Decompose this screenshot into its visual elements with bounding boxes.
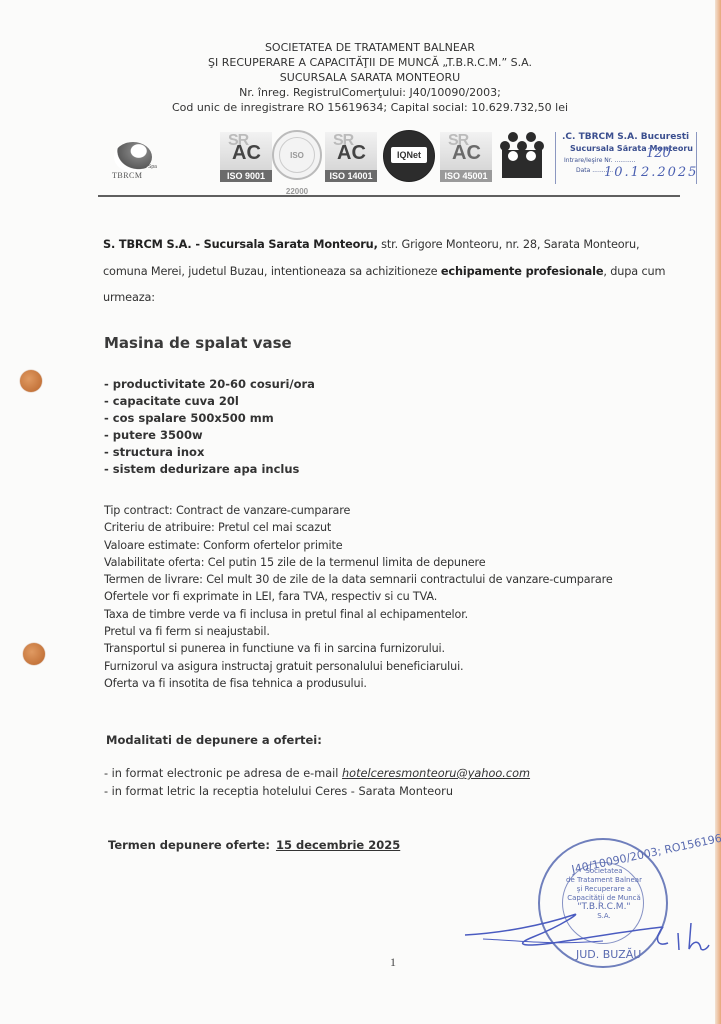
letterhead: SOCIETATEA DE TRATAMENT BALNEAR ŞI RECUP… [160,40,580,115]
srac-iso9001-logo: SR AC ISO 9001 [220,132,272,182]
submission-text: - in format electronic pe adresa de e-ma… [104,767,342,780]
seal-ring-text: JUD. BUZĂU [576,948,641,961]
punch-hole [23,643,45,665]
term-line: Valoare estimate: Conform ofertelor prim… [104,537,613,554]
stamp-line: Intrare/Ieşire Nr. ........... [556,157,696,164]
logo-label: ISO 9001 [220,170,272,182]
submission-title: Modalitati de depunere a ofertei: [106,733,322,747]
company-logo: Spa TBRCM [110,140,160,184]
product-specs: - productivitate 20-60 cosuri/ora - capa… [104,376,315,478]
submission-paper: - in format letric la receptia hotelului… [104,783,530,801]
srac-iso14001-logo: SR AC ISO 14001 [325,132,377,182]
term-line: Taxa de timbre verde va fi inclusa in pr… [104,606,613,623]
letterhead-line: ŞI RECUPERARE A CAPACITĂŢII DE MUNCĂ „T.… [160,55,580,70]
logo-label: ISO 45001 [440,170,492,182]
term-line: Termen de livrare: Cel mult 30 de zile d… [104,571,613,588]
stamp-line: Sucursala Sărata Monteoru [556,144,696,153]
term-line: Criteriu de atribuire: Pretul cel mai sc… [104,519,613,536]
letterhead-line: Nr. înreg. RegistrulComerţului: J40/1009… [160,85,580,100]
spec-item: - putere 3500w [104,427,315,444]
term-line: Pretul va fi ferm si neajustabil. [104,623,613,640]
spec-item: - capacitate cuva 20l [104,393,315,410]
punch-hole [20,370,42,392]
stamp-line: .C. TBRCM S.A. Bucuresti [556,132,696,142]
page-number: 1 [390,955,396,970]
iso22000-logo: ISO 22000 [272,130,322,180]
term-line: Tip contract: Contract de vanzare-cumpar… [104,502,613,519]
deadline-label: Termen depunere oferte: [108,838,270,852]
registry-stamp: .C. TBRCM S.A. Bucuresti Sucursala Sărat… [555,132,697,184]
iqnet-logo: IQNet [383,130,435,182]
letterhead-line: Cod unic de inregistrare RO 15619634; Ca… [160,100,580,115]
product-title: Masina de spalat vase [104,334,292,352]
term-line: Transportul si punerea in functiune va f… [104,640,613,657]
logo-text: AC [337,142,366,165]
logo-text: AC [232,142,261,165]
letterhead-line: SOCIETATEA DE TRATAMENT BALNEAR [160,40,580,55]
term-line: Oferta va fi insotita de fisa tehnica a … [104,675,613,692]
logo-label: IQNet [391,147,427,163]
wave-icon [114,142,152,172]
dots-cluster-logo [500,132,544,178]
equipment-type: echipamente profesionale [441,265,603,278]
contract-terms: Tip contract: Contract de vanzare-cumpar… [104,502,613,692]
spec-item: - productivitate 20-60 cosuri/ora [104,376,315,393]
header-divider [98,195,680,197]
intro-paragraph: S. TBRCM S.A. - Sucursala Sarata Monteor… [103,232,683,312]
certification-logos: Spa TBRCM SR AC ISO 9001 ISO 22000 SR AC… [105,130,545,186]
term-line: Furnizorul va asigura instructaj gratuit… [104,658,613,675]
logo-label: ISO 22000 [279,137,315,173]
logo-text: AC [452,142,481,165]
registry-date: 10.12.2025 [604,165,698,180]
email-link[interactable]: hotelceresmonteoru@yahoo.com [342,767,530,780]
spec-item: - sistem dedurizare apa inclus [104,461,315,478]
logo-subtext: Spa [148,164,157,170]
srac-iso45001-logo: SR AC ISO 45001 [440,132,492,182]
submission-methods: - in format electronic pe adresa de e-ma… [104,765,530,801]
letterhead-line: SUCURSALA SARATA MONTEORU [160,70,580,85]
deadline-date: 15 decembrie 2025 [276,838,400,852]
seal-bottom-overlay: JUD. BUZĂU [538,838,668,968]
registry-number: 120 [646,146,671,161]
page-edge-shadow [715,0,721,1024]
logo-label: ISO 14001 [325,170,377,182]
spec-item: - structura inox [104,444,315,461]
term-line: Valabilitate oferta: Cel putin 15 zile d… [104,554,613,571]
spec-item: - cos spalare 500x500 mm [104,410,315,427]
company-name: S. TBRCM S.A. - Sucursala Sarata Monteor… [103,238,378,251]
deadline: Termen depunere oferte:15 decembrie 2025 [108,838,400,852]
logo-text: TBRCM [112,171,143,180]
term-line: Ofertele vor fi exprimate in LEI, fara T… [104,588,613,605]
submission-electronic: - in format electronic pe adresa de e-ma… [104,765,530,783]
